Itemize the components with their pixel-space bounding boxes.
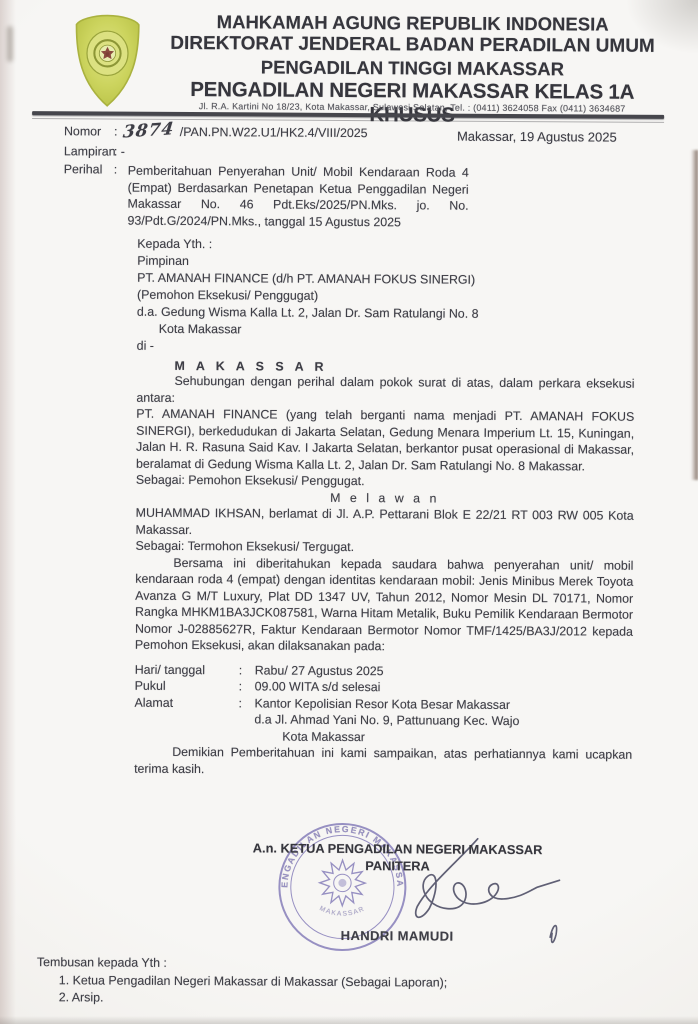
paragraph-opening: Sehubungan dengan perihal dalam pokok su… <box>136 373 634 409</box>
recipient-line: Kota Makassar <box>159 321 617 341</box>
court-emblem-logo <box>66 11 149 111</box>
place-date: Makassar, 19 Agustus 2025 <box>457 129 617 145</box>
schedule-label: Hari/ tanggal <box>135 661 239 678</box>
recipient-block: Kepada Yth. : Pimpinan PT. AMANAH FINANC… <box>137 236 618 378</box>
letterhead-line-2: DIREKTORAT JENDERAL BADAN PERADILAN UMUM <box>150 33 674 58</box>
perihal-row: Perihal: <box>64 162 118 176</box>
nomor-label: Nomor <box>64 124 114 138</box>
schedule-label: Alamat <box>134 694 238 711</box>
lampiran-label: Lampiran <box>64 144 114 158</box>
paragraph-termohon: MUHAMMAD IKHSAN, berlamat di Jl. A.P. Pe… <box>136 505 634 541</box>
letterhead-line-1: MAHKAMAH AGUNG REPUBLIK INDONESIA <box>151 11 675 36</box>
schedule-value: Rabu/ 27 Agustus 2025 <box>255 662 384 679</box>
perihal-label: Perihal <box>64 162 114 176</box>
colon: : <box>239 662 255 679</box>
nomor-handwritten: 3874 <box>123 122 176 139</box>
letter-content: MAHKAMAH AGUNG REPUBLIK INDONESIA DIREKT… <box>0 0 698 1024</box>
tembusan-item: 2. Arsip. <box>59 989 448 1009</box>
lampiran-value: - <box>121 145 125 159</box>
colon: : <box>239 678 255 695</box>
colon: : <box>238 695 254 712</box>
letter-body: Sehubungan dengan perihal dalam pokok su… <box>134 373 634 780</box>
tembusan-item: 1. Ketua Pengadilan Negeri Makassar di M… <box>59 972 448 992</box>
lampiran-row: Lampiran: - <box>64 144 125 158</box>
colon: : <box>114 145 118 159</box>
schedule-label: Pukul <box>135 678 239 695</box>
tembusan-block: Tembusan kepada Yth : 1. Ketua Pengadila… <box>37 954 448 1009</box>
schedule-row-alamat: Alamat:Kantor Kepolisian Resor Kota Besa… <box>134 694 632 714</box>
perihal-value: Pemberitahuan Penyerahan Unit/ Mobil Ken… <box>127 163 468 231</box>
tembusan-title: Tembusan kepada Yth : <box>37 954 448 974</box>
letterhead-line-3: PENGADILAN TINGGI MAKASSAR <box>150 56 674 81</box>
paragraph-notification: Bersama ini diberitahukan kepada saudara… <box>135 554 634 656</box>
colon: : <box>114 163 118 177</box>
scanned-letter-page: MAHKAMAH AGUNG REPUBLIK INDONESIA DIREKT… <box>0 0 698 1024</box>
signature-title: A.n. KETUA PENGADILAN NEGERI MAKASSAR PA… <box>217 839 577 875</box>
signature-line1: A.n. KETUA PENGADILAN NEGERI MAKASSAR <box>218 839 578 858</box>
schedule-value: 09.00 WITA s/d selesai <box>255 678 381 695</box>
paragraph-closing: Demikian Pemberitahuan ini kami sampaika… <box>134 744 632 780</box>
nomor-row: Nomor:3874/PAN.PN.W22.U1/HK2.4/VIII/2025 <box>64 123 368 140</box>
signatory-name: HANDRI MAMUDI <box>217 927 577 944</box>
colon: : <box>114 125 118 139</box>
schedule-alamat-line2: d.a Jl. Ahmad Yani No. 9, Pattunuang Kec… <box>254 711 632 730</box>
schedule-block: Hari/ tanggal:Rabu/ 27 Agustus 2025 Puku… <box>134 661 632 747</box>
nomor-value: /PAN.PN.W22.U1/HK2.4/VIII/2025 <box>180 125 368 140</box>
recipient-salutation: Kepada Yth. : <box>137 236 617 256</box>
recipient-di: di - <box>137 338 617 358</box>
paragraph-pemohon: PT. AMANAH FINANCE (yang telah berganti … <box>136 406 634 475</box>
signature-line2: PANITERA <box>217 856 577 875</box>
sebagai-pemohon: Sebagai: Pemohon Eksekusi/ Penggugat. <box>136 472 634 492</box>
schedule-value: Kantor Kepolisian Resor Kota Besar Makas… <box>254 695 510 713</box>
